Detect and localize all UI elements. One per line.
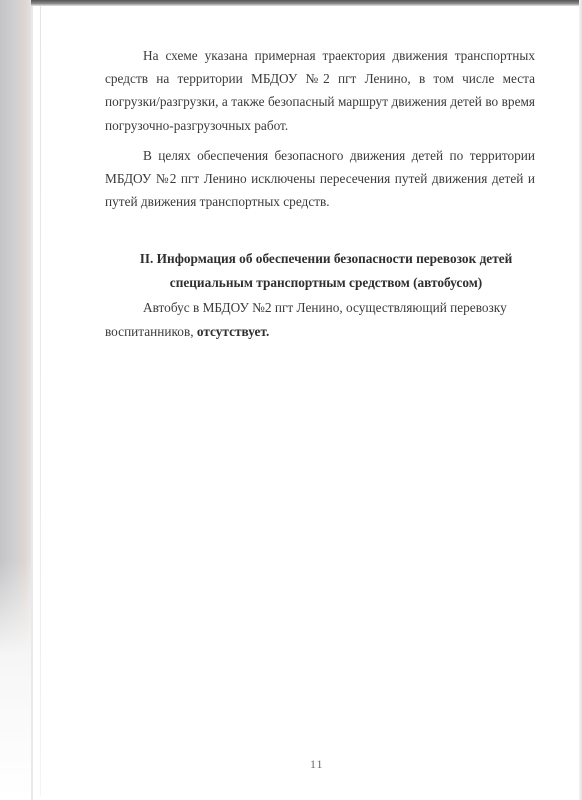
scan-page-edge — [31, 6, 33, 800]
scan-margin-fade — [0, 560, 31, 800]
bus-info-text: Автобус в МБДОУ №2 пгт Ленино, осуществл… — [105, 300, 507, 338]
section-heading: II. Информация об обеспечении безопаснос… — [105, 247, 535, 295]
section-heading-line-2: специальным транспортным средством (авто… — [117, 271, 535, 295]
paragraph-safety-measures: В целях обеспечения безопасного движения… — [105, 144, 535, 214]
paragraph-route-scheme: На схеме указана примерная траектория дв… — [105, 44, 535, 137]
section-heading-line-1: II. Информация об обеспечении безопаснос… — [117, 247, 535, 271]
scan-fold-line — [40, 6, 41, 796]
scan-top-edge — [31, 0, 582, 6]
bus-info-status: отсутствует. — [197, 324, 269, 339]
document-page: На схеме указана примерная траектория дв… — [105, 44, 535, 343]
paragraph-bus-info: Автобус в МБДОУ №2 пгт Ленино, осуществл… — [105, 296, 535, 342]
page-number: 11 — [310, 757, 324, 772]
